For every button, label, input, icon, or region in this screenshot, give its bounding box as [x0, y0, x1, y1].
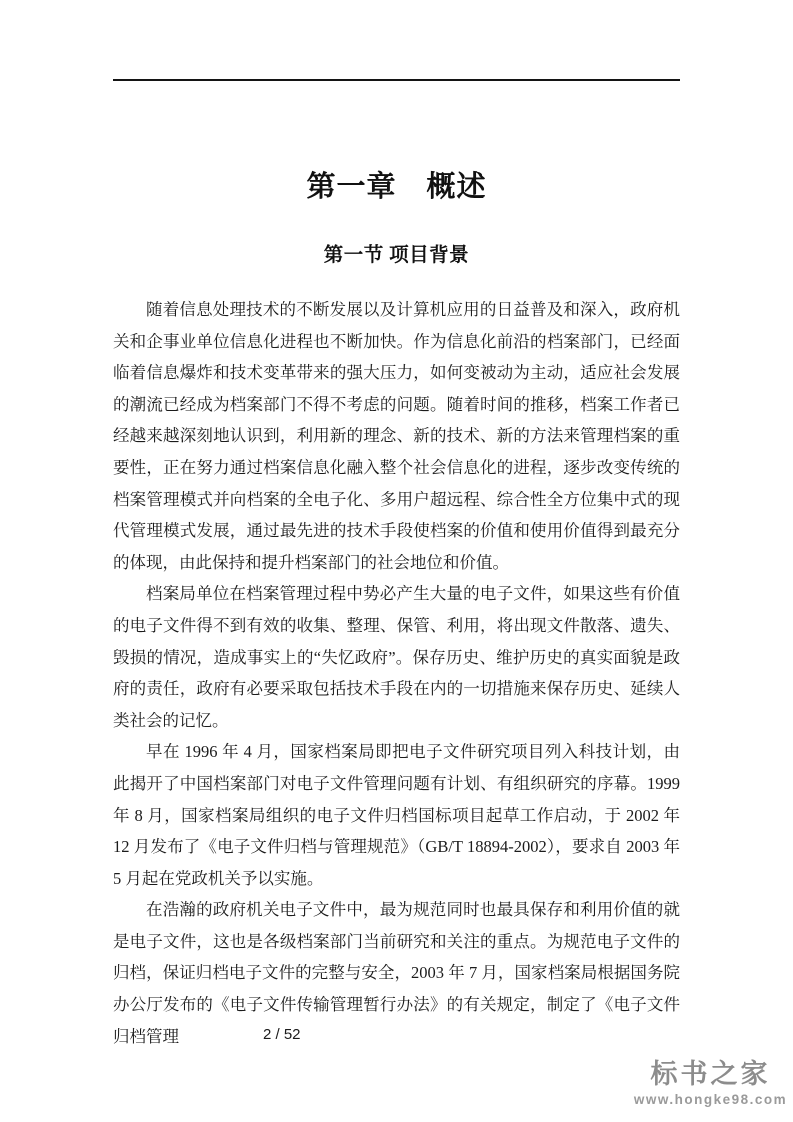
- section-title: 第一节 项目背景: [113, 239, 680, 267]
- page-number: 2 / 52: [263, 1026, 301, 1043]
- paragraph-3: 早在 1996 年 4 月，国家档案局即把电子文件研究项目列入科技计划，由此揭开…: [113, 736, 680, 894]
- paragraph-4: 在浩瀚的政府机关电子文件中，最为规范同时也最具保存和利用价值的就是电子文件，这也…: [113, 894, 680, 1052]
- header-rule: [113, 79, 680, 81]
- watermark-url-text: www.hongke98.com: [628, 1092, 793, 1107]
- paragraph-1: 随着信息处理技术的不断发展以及计算机应用的日益普及和深入，政府机关和企事业单位信…: [113, 294, 680, 578]
- document-page: 第一章 概述 第一节 项目背景 随着信息处理技术的不断发展以及计算机应用的日益普…: [0, 0, 793, 1122]
- chapter-title: 第一章 概述: [113, 164, 680, 205]
- watermark: 标书之家 www.hongke98.com: [628, 1060, 793, 1107]
- paragraph-2: 档案局单位在档案管理过程中势必产生大量的电子文件，如果这些有价值的电子文件得不到…: [113, 578, 680, 736]
- watermark-brand-text: 标书之家: [628, 1060, 793, 1090]
- body-text: 随着信息处理技术的不断发展以及计算机应用的日益普及和深入，政府机关和企事业单位信…: [113, 294, 680, 1052]
